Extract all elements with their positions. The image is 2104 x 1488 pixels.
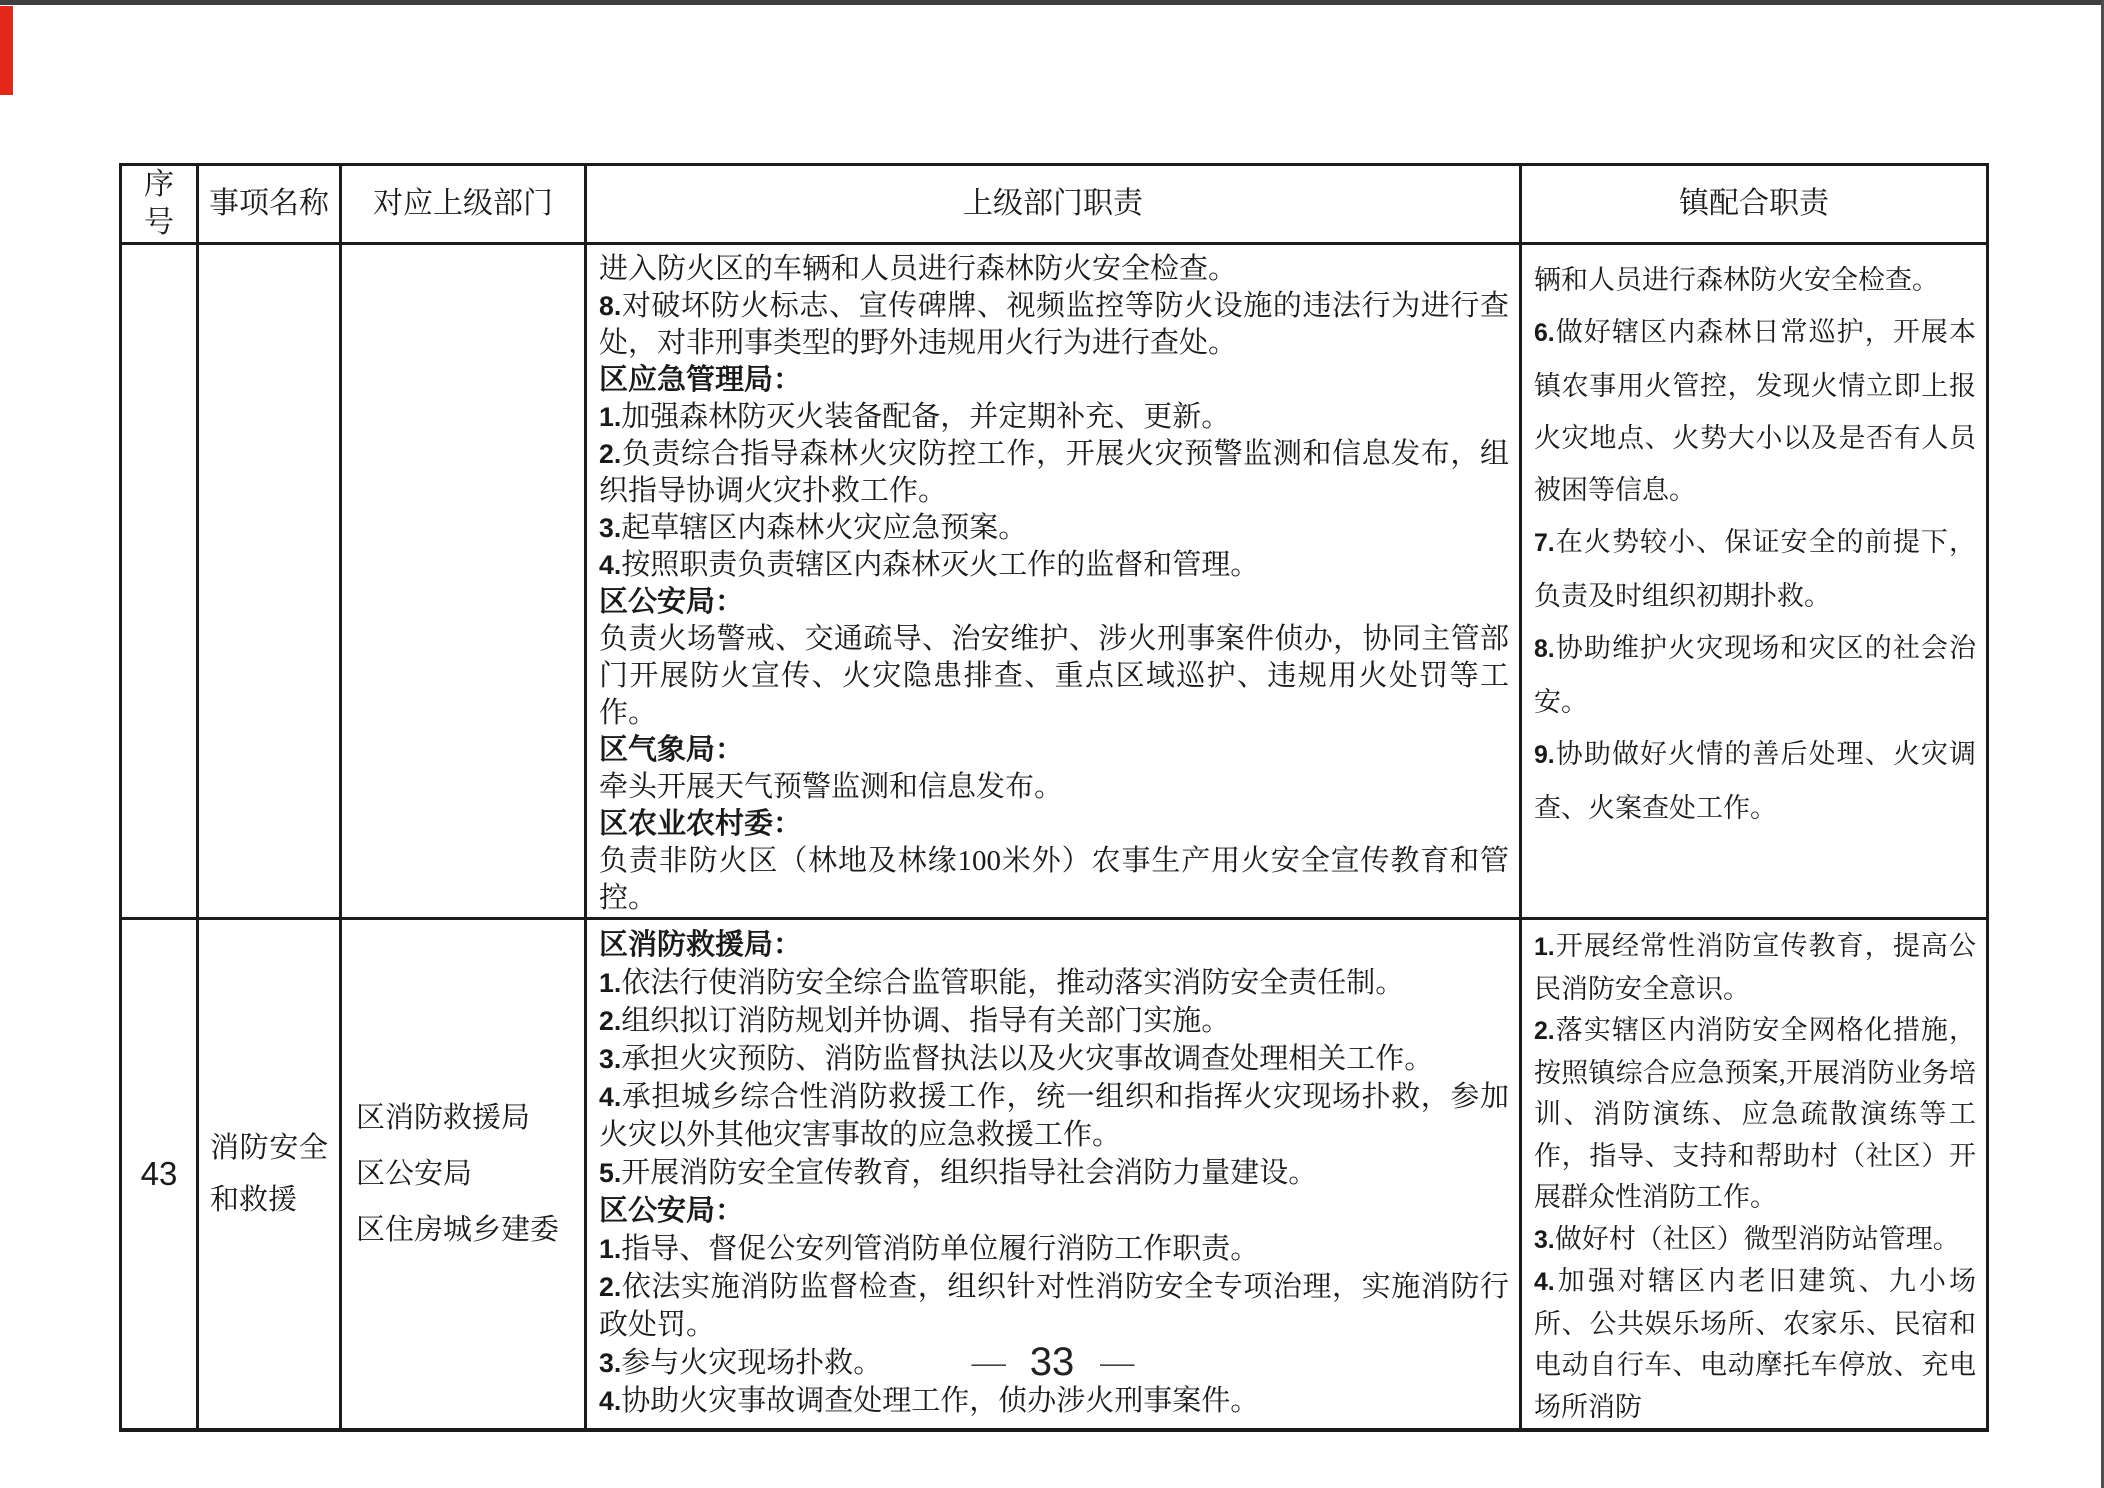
red-edge-marker [0, 6, 13, 95]
duty-line: 3.承担火灾预防、消防监督执法以及火灾事故调查处理相关工作。 [599, 1040, 1509, 1078]
window-top-edge [0, 0, 2104, 5]
duty-line: 8.对破坏防火标志、宣传碑牌、视频监控等防火设施的违法行为进行查处，对非刑事类型… [599, 288, 1509, 362]
duty-line: 8.协助维护火灾现场和灾区的社会治安。 [1534, 622, 1976, 728]
duty-line: 3.起草辖区内森林火灾应急预案。 [599, 510, 1509, 547]
duty-number: 4. [599, 1082, 621, 1112]
duty-line: 2.组织拟订消防规划并协调、指导有关部门实施。 [599, 1002, 1509, 1040]
duty-number: 3. [599, 513, 621, 543]
duty-number: 1. [1534, 934, 1555, 961]
duty-number: 2. [599, 1006, 621, 1036]
duty-line: 3.做好村（社区）微型消防站管理。 [1534, 1219, 1976, 1262]
col-header-superior-dept: 对应上级部门 [341, 165, 586, 244]
duty-line: 2.负责综合指导森林火灾防控工作，开展火灾预警监测和信息发布，组织指导协调火灾扑… [599, 436, 1509, 510]
page-number-value: 33 [1030, 1340, 1075, 1384]
duty-line: 1.开展经常性消防宣传教育，提高公民消防安全意识。 [1534, 926, 1976, 1010]
duty-number: 1. [599, 1234, 621, 1264]
duty-line: 7.在火势较小、保证安全的前提下，负责及时组织初期扑救。 [1534, 516, 1976, 622]
duty-number: 3. [599, 1044, 621, 1074]
duty-number: 8. [1534, 636, 1555, 663]
department-heading: 区公安局： [599, 584, 1509, 621]
duty-line: 5.开展消防安全宣传教育，组织指导社会消防力量建设。 [599, 1154, 1509, 1192]
duty-line: 负责火场警戒、交通疏导、治安维护、涉火刑事案件侦办，协同主管部门开展防火宣传、火… [599, 621, 1509, 732]
duty-number: 1. [599, 402, 621, 432]
duty-line: 牵头开展天气预警监测和信息发布。 [599, 769, 1509, 806]
duty-line: 1.加强森林防灭火装备配备，并定期补充、更新。 [599, 399, 1509, 436]
duty-line: 2.依法实施消防监督检查，组织针对性消防安全专项治理，实施消防行政处罚。 [599, 1268, 1509, 1344]
duty-number: 4. [599, 550, 621, 580]
duty-line: 进入防火区的车辆和人员进行森林防火安全检查。 [599, 251, 1509, 288]
col-header-superior-duties: 上级部门职责 [586, 165, 1521, 244]
seq-cell [121, 244, 198, 919]
town-duties-cell: 辆和人员进行森林防火安全检查。6.做好辖区内森林日常巡护，开展本镇农事用火管控，… [1521, 244, 1988, 919]
col-header-seq: 序 号 [121, 165, 198, 244]
duty-number: 2. [599, 1272, 621, 1302]
duty-number: 8. [599, 291, 621, 321]
department-heading: 区气象局： [599, 732, 1509, 769]
duty-line: 9.协助做好火情的善后处理、火灾调查、火案查处工作。 [1534, 728, 1976, 834]
table-row: 进入防火区的车辆和人员进行森林防火安全检查。8.对破坏防火标志、宣传碑牌、视频监… [121, 244, 1988, 919]
page-number-dash: — [972, 1344, 1004, 1381]
duty-number: 2. [1534, 1018, 1555, 1045]
table-header-row: 序 号 事项名称 对应上级部门 上级部门职责 镇配合职责 [121, 165, 1988, 244]
duty-line: 2.落实辖区内消防安全网格化措施，按照镇综合应急预案,开展消防业务培训、消防演练… [1534, 1010, 1976, 1219]
page-number-dash: — [1100, 1344, 1132, 1381]
duty-line: 辆和人员进行森林防火安全检查。 [1534, 254, 1976, 306]
duty-number: 6. [1534, 320, 1555, 347]
duty-line: 负责非防火区（林地及林缘100米外）农事生产用火安全宣传教育和管控。 [599, 843, 1509, 917]
superior-duties-cell: 进入防火区的车辆和人员进行森林防火安全检查。8.对破坏防火标志、宣传碑牌、视频监… [586, 244, 1521, 919]
duty-line: 4.按照职责负责辖区内森林灭火工作的监督和管理。 [599, 547, 1509, 584]
col-header-item-name: 事项名称 [198, 165, 341, 244]
duty-number: 4. [1534, 1269, 1555, 1296]
duty-number: 2. [599, 439, 621, 469]
department-heading: 区消防救援局： [599, 926, 1509, 964]
page-number: —33— [0, 1340, 2104, 1400]
duty-number: 9. [1534, 742, 1555, 769]
item-name-cell [198, 244, 341, 919]
department-heading: 区公安局： [599, 1192, 1509, 1230]
duty-line: 6.做好辖区内森林日常巡护，开展本镇农事用火管控，发现火情立即上报火灾地点、火势… [1534, 306, 1976, 516]
duty-number: 7. [1534, 530, 1555, 557]
duty-line: 1.指导、督促公安列管消防单位履行消防工作职责。 [599, 1230, 1509, 1268]
duties-table: 序 号 事项名称 对应上级部门 上级部门职责 镇配合职责 进入防火区的车辆和人员… [119, 163, 1989, 1432]
col-header-town-duties: 镇配合职责 [1521, 165, 1988, 244]
department-heading: 区农业农村委： [599, 806, 1509, 843]
duty-number: 5. [599, 1158, 621, 1188]
duty-number: 1. [599, 968, 621, 998]
duty-line: 4.承担城乡综合性消防救援工作，统一组织和指挥火灾现场扑救，参加火灾以外其他灾害… [599, 1078, 1509, 1154]
duty-number: 3. [1534, 1227, 1555, 1254]
duty-line: 1.依法行使消防安全综合监管职能，推动落实消防安全责任制。 [599, 964, 1509, 1002]
department-heading: 区应急管理局： [599, 362, 1509, 399]
superior-dept-cell [341, 244, 586, 919]
